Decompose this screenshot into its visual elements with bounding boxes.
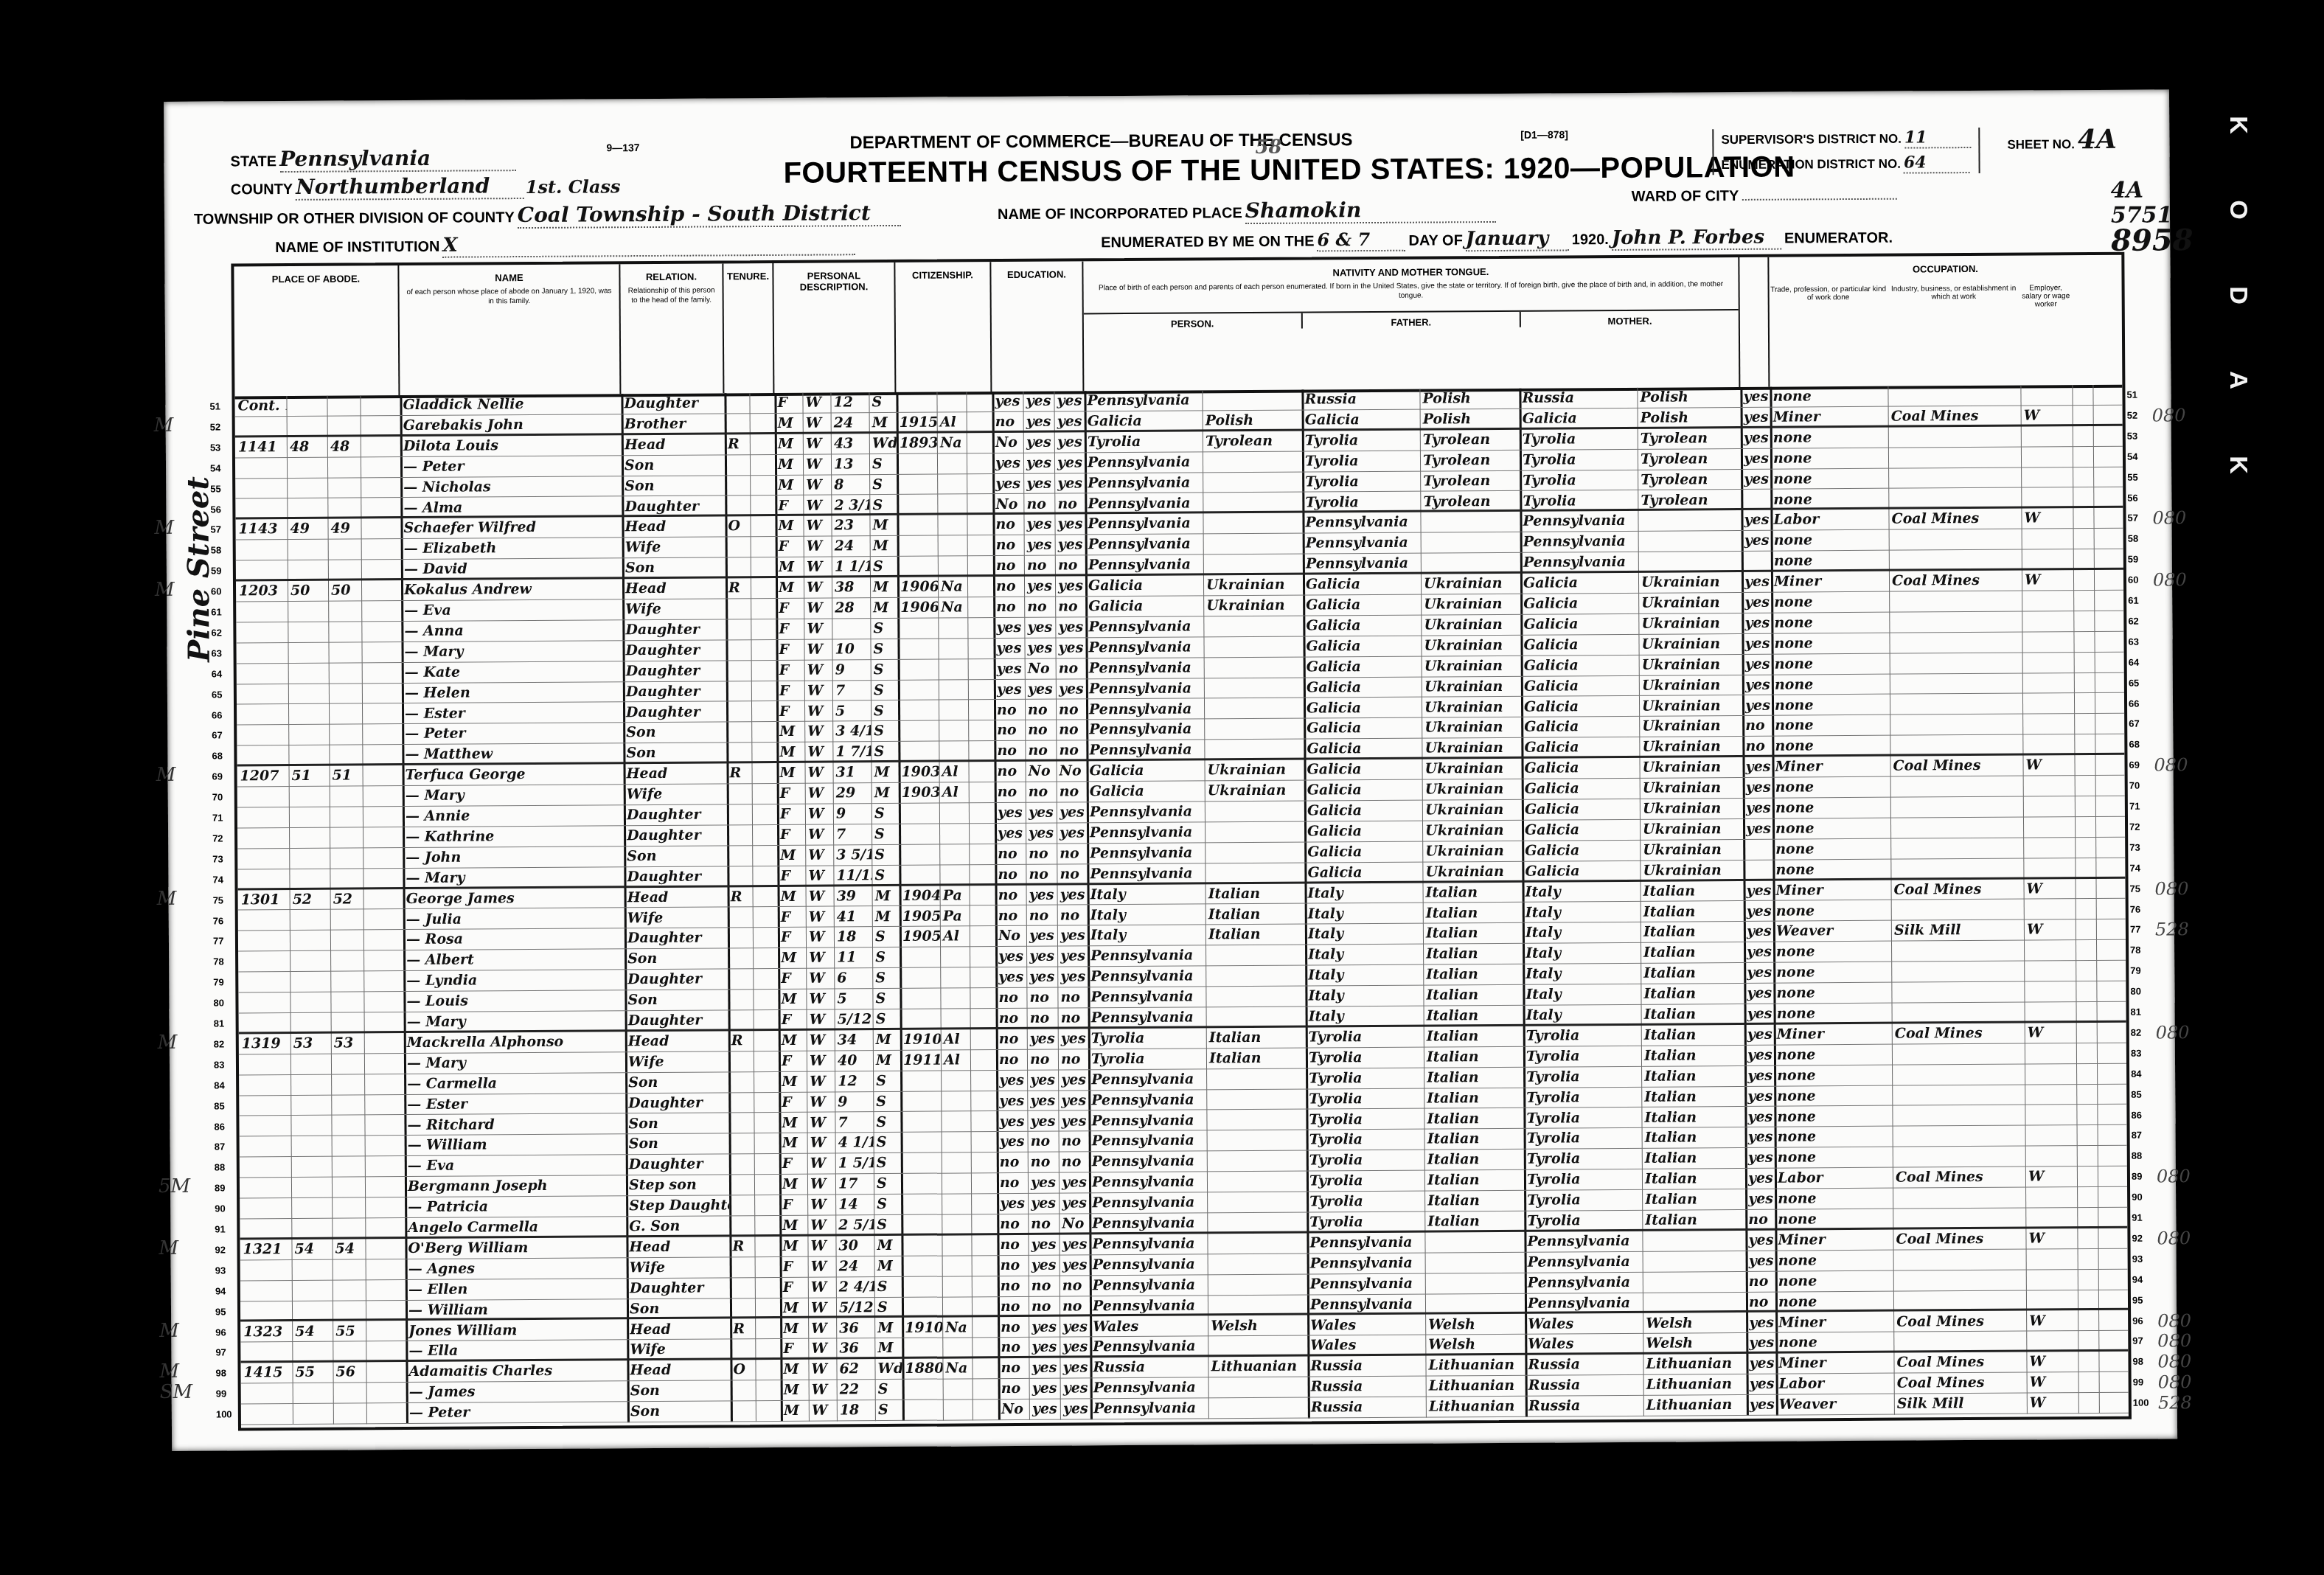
line-number-right: 93 (2132, 1253, 2143, 1264)
cell-mmt: Italian (1642, 1148, 1745, 1169)
cell-ms: S (874, 1277, 902, 1297)
cell-read: yes (1028, 1173, 1059, 1193)
cell-read: yes (1029, 1255, 1060, 1275)
line-number: 82 (214, 1038, 225, 1049)
cell-sex: F (777, 784, 805, 804)
cell-fpob: Tyrolia (1307, 1150, 1424, 1171)
cell-fam (330, 786, 370, 806)
cell-house: 1323 (240, 1321, 292, 1341)
cell-sex: M (778, 886, 806, 906)
cell-imm (897, 495, 937, 513)
cell-occ: none (1770, 428, 1888, 448)
cell-own (725, 476, 750, 496)
cell-ind (1888, 488, 2021, 507)
line-number: 99 (216, 1388, 227, 1400)
cell-sex: M (777, 846, 805, 866)
cell-dw (289, 848, 330, 868)
cell-write: yes (1058, 1111, 1088, 1131)
cell-age: 2 3/12 (831, 496, 869, 514)
cell-sex: F (776, 701, 804, 721)
cell-nat (943, 1380, 973, 1400)
cell-write: yes (1060, 1317, 1090, 1337)
cell-sex: M (775, 414, 803, 432)
line-number-right: 56 (2127, 492, 2138, 503)
cell-imm: 1905 (900, 927, 940, 947)
cell-pob: Italy (1088, 884, 1206, 905)
line-number-right: 86 (2131, 1109, 2142, 1120)
cell-nat: Pa (940, 906, 970, 926)
year-value: 1920. (1572, 232, 1609, 248)
cell-race: W (808, 1339, 836, 1357)
cell-ms: S (874, 1133, 901, 1152)
cell-write: yes (1056, 679, 1086, 699)
cell-cls (2020, 385, 2072, 405)
cell-fpob: Galicia (1304, 698, 1422, 718)
cell-sex: M (779, 1237, 807, 1256)
cell-mpob: Pennsylvania (1524, 1231, 1642, 1252)
cell-name: — David (401, 558, 622, 578)
cell-fam: 50 (328, 580, 369, 600)
cell-nat (939, 721, 968, 741)
line-number-right: 59 (2128, 554, 2139, 565)
cell-name: — Ellen (406, 1279, 627, 1300)
cell-race: W (807, 1009, 835, 1028)
cell-occ: none (1774, 1004, 1892, 1023)
cell-rel: Daughter (624, 825, 727, 846)
cell-cls (2025, 1105, 2076, 1125)
cell-occ: none (1772, 695, 1890, 715)
cell-mpob: Italy (1523, 984, 1641, 1005)
cell-mmt: Tyrolean (1638, 470, 1741, 490)
cell-pob: Pennsylvania (1087, 802, 1205, 822)
cell-nat (937, 474, 967, 494)
cell-imm (900, 1009, 941, 1028)
cell-dw (292, 1280, 333, 1300)
cell-own (726, 702, 751, 722)
cell-occ: Weaver (1773, 921, 1891, 942)
cell-house: 1301 (238, 890, 290, 910)
cell-nat (942, 1276, 972, 1296)
cell-pob: Pennsylvania (1088, 1007, 1206, 1026)
cell-mmt: Ukrainian (1640, 778, 1743, 799)
cell-cls (2025, 1146, 2077, 1166)
line-number: 90 (215, 1203, 226, 1214)
cell-fam (333, 1403, 374, 1423)
cell-pob: Tyrolia (1085, 431, 1203, 452)
margin-code-right: 080 (2157, 1352, 2191, 1372)
cell-sex: F (780, 1339, 808, 1357)
cell-read: no (1025, 700, 1056, 720)
cell-cls (2024, 961, 2076, 981)
cell-own (728, 1010, 754, 1029)
cell-name: — Mary (401, 641, 622, 662)
line-number-right: 61 (2128, 595, 2139, 606)
margin-code-right: 080 (2157, 1331, 2191, 1352)
cell-fpob: Russia (1308, 1397, 1426, 1418)
cell-mmt: Italian (1641, 1046, 1744, 1066)
margin-sheet-notes: 4A 5751 8958 (2111, 178, 2193, 254)
cell-sex: M (780, 1298, 808, 1316)
cell-cls (2022, 591, 2073, 611)
cell-nat (940, 988, 970, 1008)
cell-ind (1888, 467, 2021, 488)
cell-rel: Head (627, 1319, 730, 1340)
cell-name: Jones William (406, 1320, 627, 1341)
cell-ind: Silk Mill (1894, 1394, 2027, 1414)
cell-cls (2022, 673, 2074, 693)
line-number-right: 87 (2132, 1130, 2143, 1141)
header-occupation: OCCUPATION. Trade, profession, or partic… (1769, 255, 2122, 387)
cell-pob: Pennsylvania (1088, 967, 1206, 987)
line-number-right: 75 (2130, 883, 2141, 894)
cell-sex: F (775, 496, 803, 514)
cell-occ: none (1772, 653, 1890, 674)
cell-sex: F (776, 681, 804, 700)
cell-read: no (1026, 844, 1057, 863)
cell-pob: Pennsylvania (1085, 616, 1203, 637)
cell-house (237, 787, 289, 807)
cell-rel: Daughter (622, 496, 725, 515)
cell-write: yes (1060, 1379, 1090, 1399)
cell-nat: Na (938, 597, 967, 617)
cell-dw (288, 622, 328, 642)
cell-eng: yes (1744, 963, 1773, 983)
cell-ind (1892, 1085, 2025, 1105)
cell-age: 9 (833, 804, 871, 824)
cell-write: no (1060, 1276, 1090, 1296)
cell-mt (1203, 513, 1298, 534)
ward-label: WARD OF CITY (1632, 188, 1739, 205)
cell-imm (901, 1174, 942, 1194)
cell-occ: none (1771, 551, 1889, 570)
cell-dw: 54 (292, 1321, 333, 1341)
line-number-right: 95 (2132, 1294, 2143, 1305)
cell-ind (1892, 1043, 2025, 1064)
supervisor-label: SUPERVISOR'S DISTRICT NO. (1721, 132, 1902, 147)
line-number: 85 (214, 1100, 225, 1111)
cell-sex: F (777, 866, 805, 884)
cell-house (240, 1260, 292, 1280)
cell-race: W (808, 1256, 836, 1276)
cell-school: no (996, 1009, 1027, 1027)
cell-school: no (997, 1152, 1028, 1172)
line-number: 92 (215, 1244, 226, 1255)
cell-rel: Head (622, 578, 726, 599)
cell-ms: M (874, 1318, 902, 1338)
cell-name: — Alma (400, 497, 622, 517)
cell-imm (899, 844, 939, 864)
cell-race: W (803, 516, 831, 536)
cell-sex: F (779, 1010, 807, 1029)
cell-fam (330, 910, 371, 930)
line-number: 95 (215, 1306, 226, 1317)
cell-age: 7 (835, 1113, 873, 1133)
cell-eng: yes (1742, 633, 1771, 653)
cell-write: yes (1057, 926, 1088, 946)
cell-pob: Pennsylvania (1087, 843, 1205, 863)
cell-school: yes (994, 679, 1025, 699)
cell-mpob: Italy (1523, 964, 1641, 984)
cell-pob: Pennsylvania (1090, 1398, 1208, 1419)
cell-cls (2024, 940, 2076, 960)
line-number-right: 68 (2129, 739, 2140, 750)
cell-mmt: Ukrainian (1640, 840, 1743, 860)
cell-mpob: Wales (1525, 1334, 1643, 1353)
cell-rel: Daughter (625, 928, 728, 949)
line-number: 65 (212, 689, 223, 700)
cell-eng: yes (1744, 1107, 1774, 1127)
cell-school: no (998, 1296, 1029, 1315)
cell-fpob: Galicia (1302, 409, 1420, 428)
cell-cls: W (2021, 406, 2073, 424)
line-number-right: 94 (2132, 1273, 2143, 1284)
cell-nat: Na (942, 1318, 972, 1338)
cell-mpob: Galicia (1521, 696, 1639, 717)
cell-race: W (804, 701, 832, 721)
cell-read: no (1028, 1132, 1059, 1152)
cell-sex: M (775, 475, 803, 495)
cell-school: yes (995, 947, 1026, 967)
cell-fam (333, 1280, 373, 1300)
cell-read: yes (1029, 1317, 1060, 1337)
cell-occ: Miner (1775, 1230, 1893, 1251)
cell-occ: none (1775, 1127, 1893, 1147)
cell-dw (290, 1054, 331, 1074)
cell-school: yes (997, 1132, 1028, 1152)
cell-ind (1890, 776, 2023, 797)
film-edge-letter: A (2224, 371, 2252, 389)
cell-own (727, 804, 752, 824)
header-citizenship: CITIZENSHIP. (895, 262, 992, 392)
cell-fmt: Lithuanian (1425, 1355, 1521, 1376)
film-edge-letter: K (2224, 116, 2252, 134)
cell-dw (290, 931, 330, 950)
cell-age: 17 (835, 1174, 874, 1194)
cell-occ: none (1775, 1189, 1893, 1209)
subheader-industry: Industry, business, or establishment in … (1888, 285, 2020, 310)
cell-fpob: Galicia (1303, 615, 1421, 636)
line-number: 87 (215, 1141, 226, 1152)
cell-mmt: Lithuanian (1643, 1354, 1746, 1374)
cell-imm (901, 1195, 942, 1214)
cell-write: yes (1054, 391, 1084, 411)
subheader-employer: Employer, salary or wage worker (2020, 284, 2072, 308)
cell-imm (899, 824, 939, 844)
enumeration-district: 64 (1904, 153, 1970, 174)
cell-own (726, 743, 751, 761)
cell-school: yes (996, 1071, 1027, 1091)
cell-name: — Ella (406, 1341, 627, 1360)
cell-dw (293, 1383, 333, 1403)
cell-ms: S (874, 1215, 901, 1234)
cell-fam (330, 848, 370, 868)
cell-rel: Son (627, 1298, 730, 1318)
cell-own (726, 557, 751, 576)
cell-school: no (993, 597, 1024, 617)
cell-school: no (994, 700, 1025, 720)
cell-mpob: Galicia (1521, 758, 1639, 779)
cell-write: yes (1054, 515, 1085, 535)
cell-own (728, 928, 753, 948)
cell-pob: Pennsylvania (1088, 987, 1206, 1007)
cell-mmt: Italian (1640, 881, 1743, 902)
cell-age: 24 (832, 536, 870, 556)
cell-mpob: Tyrolia (1524, 1169, 1642, 1190)
cell-mmt: Italian (1641, 1107, 1744, 1127)
cell-fpob: Italy (1305, 883, 1423, 903)
cell-fam (330, 827, 370, 847)
cell-school: No (998, 1400, 1029, 1419)
incorporated-place-label: NAME OF INCORPORATED PLACE (998, 205, 1242, 223)
cell-mt (1204, 657, 1300, 678)
cell-house (239, 1013, 290, 1032)
cell-eng: no (1746, 1271, 1775, 1291)
cell-occ: none (1775, 1270, 1893, 1291)
cell-ms: S (869, 495, 897, 513)
cell-nat (938, 557, 967, 575)
cell-ms: S (874, 1153, 901, 1173)
cell-ms: M (870, 598, 897, 618)
cell-pob: Italy (1088, 925, 1206, 946)
cell-sex: M (775, 434, 803, 454)
cell-ms: S (870, 639, 897, 659)
cell-read: yes (1024, 535, 1055, 555)
cell-fmt: Ukrainian (1422, 656, 1517, 676)
cell-mt: Ukrainian (1205, 781, 1301, 802)
cell-school: no (996, 1050, 1027, 1070)
cell-race: W (803, 475, 831, 495)
cell-house (235, 479, 287, 498)
cell-dw (290, 972, 330, 992)
cell-imm (902, 1380, 943, 1400)
cell-mmt: Italian (1641, 901, 1744, 922)
cell-name: — Patricia (405, 1196, 626, 1217)
cell-dw: 51 (289, 766, 330, 786)
cell-fpob: Russia (1308, 1377, 1426, 1397)
cell-imm (902, 1338, 942, 1357)
margin-code-left: M (158, 1032, 178, 1054)
cell-dw (288, 684, 329, 703)
line-number: 96 (215, 1327, 226, 1338)
scan-border-bottom (0, 1467, 2324, 1575)
cell-house (239, 1075, 290, 1095)
cell-race: W (807, 1092, 835, 1112)
cell-eng: yes (1742, 675, 1772, 695)
cell-write: yes (1057, 947, 1088, 967)
cell-sex: M (779, 1031, 807, 1051)
ward-value (1742, 198, 1896, 201)
line-number: 73 (212, 853, 223, 864)
cell-ms: S (871, 804, 899, 824)
cell-school: yes (995, 824, 1026, 844)
line-number-right: 76 (2130, 903, 2141, 914)
cell-write: yes (1055, 576, 1085, 596)
cell-fmt: Italian (1424, 1150, 1520, 1170)
cell-sex: F (780, 1256, 808, 1276)
cell-fmt (1421, 553, 1517, 572)
cell-eng: yes (1745, 1231, 1775, 1251)
cell-dw (288, 725, 329, 745)
cell-occ: Miner (1772, 757, 1890, 777)
margin-code-left: M (154, 517, 174, 539)
cell-mmt: Ukrainian (1638, 634, 1742, 655)
cell-mpob: Russia (1519, 388, 1637, 408)
cell-cls: W (2021, 509, 2073, 529)
cell-fam (331, 1116, 372, 1136)
cell-pob: Pennsylvania (1089, 1213, 1207, 1232)
cell-school: no (998, 1379, 1029, 1399)
cell-eng: yes (1745, 1189, 1775, 1209)
cell-occ: none (1775, 1147, 1893, 1168)
cell-sex: F (777, 825, 805, 845)
cell-imm: 1903 (898, 762, 939, 782)
cell-dw (289, 828, 330, 848)
cell-age: 5 (832, 701, 871, 721)
cell-write: yes (1057, 802, 1087, 822)
line-number: 89 (215, 1183, 226, 1194)
cell-cls: W (2026, 1311, 2078, 1331)
cell-fam (332, 1218, 372, 1237)
cell-eng: no (1745, 1210, 1775, 1228)
cell-mpob: Tyrolia (1523, 1026, 1641, 1046)
cell-own (729, 1175, 754, 1195)
cell-own (726, 537, 751, 557)
cell-school: yes (992, 453, 1023, 473)
county-label: COUNTY (231, 181, 293, 198)
cell-mmt: Tyrolean (1638, 428, 1741, 449)
line-number-right: 77 (2130, 924, 2141, 935)
line-number: 51 (209, 401, 220, 412)
cell-occ: none (1773, 962, 1891, 983)
cell-imm (898, 721, 939, 741)
cell-occ: Miner (1774, 1024, 1892, 1045)
cell-ms: S (873, 1112, 900, 1132)
cell-mmt: Italian (1642, 1169, 1745, 1189)
cell-ind: Coal Mines (1892, 1023, 2025, 1043)
cell-fpob: Tyrolia (1306, 1068, 1424, 1088)
cell-fmt: Lithuanian (1426, 1397, 1522, 1417)
cell-mpob: Italy (1523, 943, 1641, 964)
cell-occ: none (1770, 468, 1888, 489)
cell-mmt: Lithuanian (1643, 1395, 1747, 1416)
cell-fam: 53 (331, 1033, 372, 1053)
cell-race: W (808, 1277, 836, 1297)
cell-write: yes (1060, 1399, 1090, 1419)
cell-school: no (997, 1214, 1028, 1233)
cell-mmt: Ukrainian (1639, 695, 1742, 716)
margin-code-left: 5M (159, 1175, 190, 1197)
cell-pob: Pennsylvania (1089, 1234, 1207, 1254)
cell-dw (291, 1198, 332, 1218)
cell-age: 36 (836, 1318, 874, 1338)
line-number-right: 67 (2129, 718, 2140, 729)
cell-write: yes (1058, 1029, 1088, 1049)
cell-eng (1743, 860, 1772, 878)
cell-read: yes (1023, 473, 1054, 493)
cell-sex: M (779, 1216, 807, 1234)
census-sheet: 9—137 DEPARTMENT OF COMMERCE—BUREAU OF T… (164, 89, 2177, 1451)
cell-cls: W (2025, 1167, 2077, 1186)
cell-cls (2025, 1002, 2076, 1021)
cell-nat (939, 659, 968, 679)
cell-mt (1205, 842, 1301, 863)
cell-mmt: Ukrainian (1638, 613, 1742, 634)
cell-mpob: Galicia (1522, 820, 1640, 841)
cell-ms: S (869, 392, 896, 412)
cell-occ: Labor (1770, 510, 1888, 530)
cell-fpob: Pennsylvania (1307, 1294, 1425, 1313)
cell-fpob: Italy (1305, 945, 1423, 965)
